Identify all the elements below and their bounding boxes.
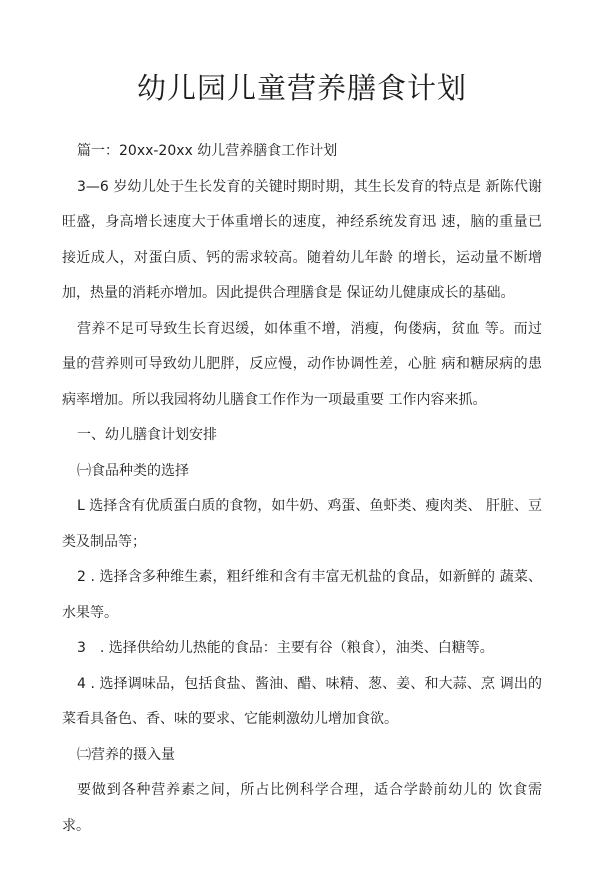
paragraph-nutrition-risks: 营养不足可导致生长育迟缓，如体重不增，消瘦，佝偻病，贫血 等。而过量的营养则可导…: [62, 312, 542, 419]
document-body: 幼儿园儿童营养膳食计划 篇一：20xx-20xx 幼儿营养膳食工作计划 3—6 …: [0, 0, 600, 844]
list-item-energy: 3 . 选择供给幼儿热能的食品：主要有谷（粮食），油类、白糖等。: [62, 631, 542, 667]
heading-nutrition-intake: ㈡营养的摄入量: [62, 738, 542, 774]
document-page: 幼儿园儿童营养膳食计划 篇一：20xx-20xx 幼儿营养膳食工作计划 3—6 …: [0, 0, 600, 887]
paragraph-intro: 3—6 岁幼儿处于生长发育的关键时期时期，其生长发育的特点是 新陈代谢旺盛，身高…: [62, 170, 542, 312]
list-item-vitamins: 2 . 选择含多种维生素，粗纤维和含有丰富无机盐的食品，如新鲜的 蔬菜、水果等。: [62, 560, 542, 631]
heading-food-types: ㈠食品种类的选择: [62, 454, 542, 490]
paragraph-intake: 要做到各种营养素之间，所占比例科学合理，适合学龄前幼儿的 饮食需求。: [62, 773, 542, 844]
list-item-seasoning: 4 . 选择调味品，包括食盐、酱油、醋、味精、葱、姜、和大蒜、烹 调出的菜看具备…: [62, 667, 542, 738]
page-title: 幼儿园儿童营养膳食计划: [62, 68, 542, 108]
list-item-protein: L 选择含有优质蛋白质的食物，如牛奶、鸡蛋、鱼虾类、瘦肉类、 肝脏、豆类及制品等…: [62, 489, 542, 560]
paragraph-subtitle: 篇一：20xx-20xx 幼儿营养膳食工作计划: [62, 134, 542, 170]
heading-meal-plan: 一、幼儿膳食计划安排: [62, 418, 542, 454]
